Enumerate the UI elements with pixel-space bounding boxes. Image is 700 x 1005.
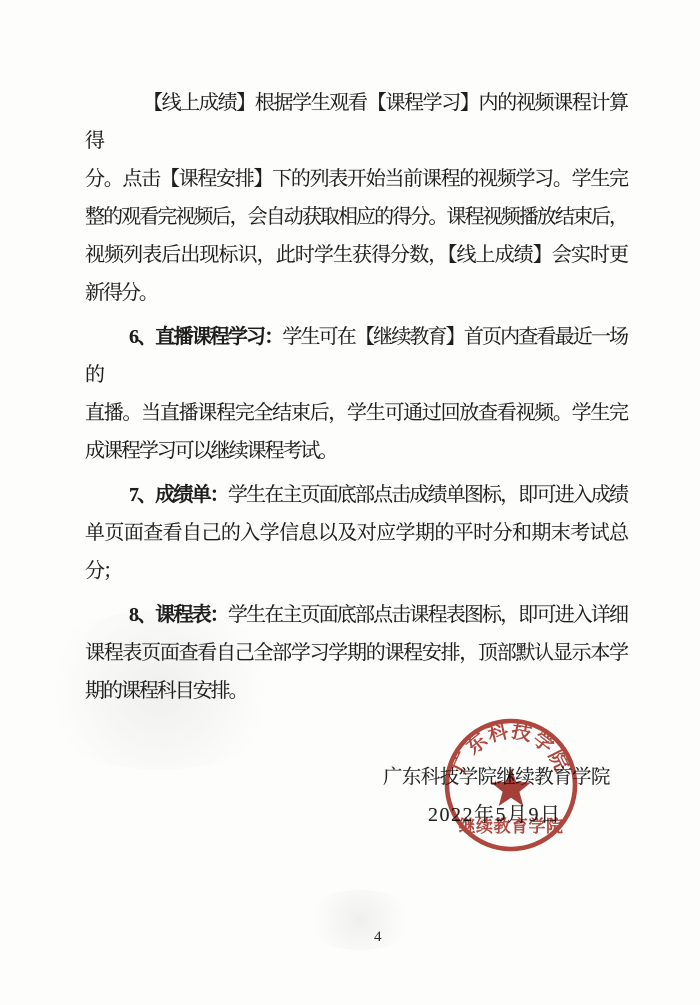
item-7-text: 学生在主页面底部点击成绩单图标，即可进入成绩 xyxy=(228,484,627,506)
text-line: 视频列表后出现标识，此时学生获得分数，【线上成绩】会实时更 xyxy=(85,236,627,274)
text-line: 分。点击【课程安排】下的列表开始当前课程的视频学习。学生完 xyxy=(85,160,627,198)
paragraph-online-score: 【线上成绩】根据学生观看【课程学习】内的视频课程计算得 分。点击【课程安排】下的… xyxy=(85,84,627,312)
item-7-label: 7、成绩单： xyxy=(129,484,228,506)
paragraph-item-6-live-course: 6、直播课程学习：学生可在【继续教育】首页内查看最近一场的 直播。当直播课程完全… xyxy=(85,318,627,470)
text-line: 新得分。 xyxy=(85,274,627,312)
scan-smudge xyxy=(300,890,420,950)
svg-text:广东科技学院: 广东科技学院 xyxy=(447,718,575,776)
item-8-text: 学生在主页面底部点击课程表图标，即可进入详细 xyxy=(228,604,627,626)
official-red-seal: 广东科技学院 继续教育学院 xyxy=(425,699,597,871)
page-number: 4 xyxy=(374,929,382,946)
text-line: 6、直播课程学习：学生可在【继续教育】首页内查看最近一场的 xyxy=(85,318,627,394)
seal-arc-text: 广东科技学院 xyxy=(447,718,575,776)
text-line: 7、成绩单：学生在主页面底部点击成绩单图标，即可进入成绩 xyxy=(85,476,627,514)
text-line: 课程表页面查看自己全部学习学期的课程安排，顶部默认显示本学 xyxy=(85,634,627,672)
text-line: 【线上成绩】根据学生观看【课程学习】内的视频课程计算得 xyxy=(85,84,627,160)
text-line: 直播。当直播课程完全结束后，学生可通过回放查看视频。学生完 xyxy=(85,394,627,432)
text-line: 分； xyxy=(85,552,627,590)
paragraph-item-8-timetable: 8、课程表：学生在主页面底部点击课程表图标，即可进入详细 课程表页面查看自己全部… xyxy=(85,596,627,710)
text-line: 成课程学习可以继续课程考试。 xyxy=(85,432,627,470)
scanned-document-page: 【线上成绩】根据学生观看【课程学习】内的视频课程计算得 分。点击【课程安排】下的… xyxy=(0,0,700,1005)
text-line: 整的观看完视频后，会自动获取相应的得分。课程视频播放结束后， xyxy=(85,198,627,236)
text-line: 单页面查看自己的入学信息以及对应学期的平时分和期末考试总 xyxy=(85,514,627,552)
text-line: 8、课程表：学生在主页面底部点击课程表图标，即可进入详细 xyxy=(85,596,627,634)
paragraph-item-7-transcript: 7、成绩单：学生在主页面底部点击成绩单图标，即可进入成绩 单页面查看自己的入学信… xyxy=(85,476,627,590)
item-6-label: 6、直播课程学习： xyxy=(129,326,282,348)
item-8-label: 8、课程表： xyxy=(129,604,228,626)
seal-star-icon xyxy=(491,768,531,806)
document-body: 【线上成绩】根据学生观看【课程学习】内的视频课程计算得 分。点击【课程安排】下的… xyxy=(85,84,627,716)
seal-bottom-text: 继续教育学院 xyxy=(459,816,564,836)
